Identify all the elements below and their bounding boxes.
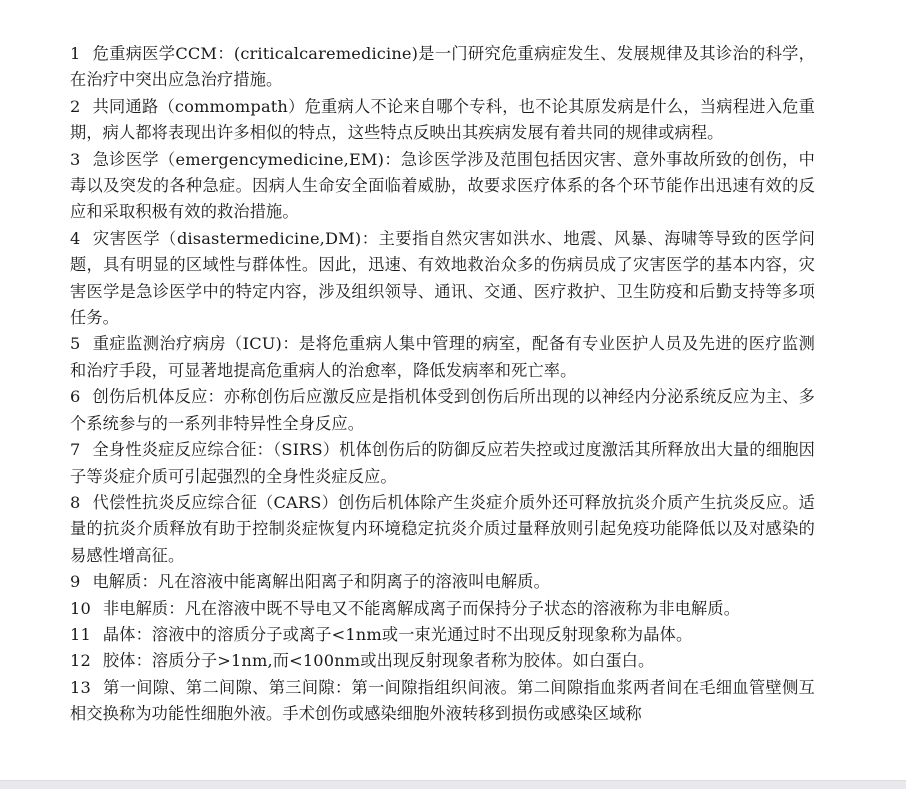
entry-text: 重症监测治疗病房（ICU)：是将危重病人集中管理的病室，配备有专业医护人员及先进…	[70, 334, 815, 379]
entry-text: 第一间隙、第二间隙、第三间隙：第一间隙指组织间液。第二间隙指血浆两者间在毛细血管…	[70, 678, 815, 723]
entry-number: 9	[70, 569, 80, 595]
entry-number: 11	[70, 622, 91, 648]
definition-entry-8: 8代偿性抗炎反应综合征（CARS）创伤后机体除产生炎症介质外还可释放抗炎介质产生…	[70, 490, 815, 569]
entry-text: 全身性炎症反应综合征：（SIRS）机体创伤后的防御反应若失控或过度激活其所释放出…	[70, 440, 815, 485]
definition-entry-1: 1危重病医学CCM：(criticalcaremedicine)是一门研究危重病…	[70, 41, 815, 94]
entry-number: 10	[70, 596, 91, 622]
entry-text: 创伤后机体反应：亦称创伤后应激反应是指机体受到创伤后所出现的以神经内分泌系统反应…	[70, 387, 815, 432]
entry-number: 7	[70, 437, 80, 463]
definition-entry-7: 7全身性炎症反应综合征：（SIRS）机体创伤后的防御反应若失控或过度激活其所释放…	[70, 437, 815, 490]
definition-entry-11: 11晶体：溶液中的溶质分子或离子<1nm或一束光通过时不出现反射现象称为晶体。	[70, 622, 815, 648]
entry-number: 8	[70, 490, 80, 516]
definition-entry-6: 6创伤后机体反应：亦称创伤后应激反应是指机体受到创伤后所出现的以神经内分泌系统反…	[70, 384, 815, 437]
entry-text: 危重病医学CCM：(criticalcaremedicine)是一门研究危重病症…	[70, 44, 815, 89]
entry-text: 共同通路（commompath）危重病人不论来自哪个专科，也不论其原发病是什么，…	[70, 97, 815, 142]
document-content: 1危重病医学CCM：(criticalcaremedicine)是一门研究危重病…	[70, 41, 815, 728]
definition-entry-5: 5重症监测治疗病房（ICU)：是将危重病人集中管理的病室，配备有专业医护人员及先…	[70, 331, 815, 384]
entry-text: 代偿性抗炎反应综合征（CARS）创伤后机体除产生炎症介质外还可释放抗炎介质产生抗…	[70, 493, 815, 565]
entry-number: 13	[70, 675, 91, 701]
definition-entry-10: 10非电解质：凡在溶液中既不导电又不能离解成离子而保持分子状态的溶液称为非电解质…	[70, 596, 815, 622]
entry-text: 胶体：溶质分子>1nm,而<100nm或出现反射现象者称为胶体。如白蛋白。	[103, 651, 654, 670]
definition-entry-13: 13第一间隙、第二间隙、第三间隙：第一间隙指组织间液。第二间隙指血浆两者间在毛细…	[70, 675, 815, 728]
definition-entry-12: 12胶体：溶质分子>1nm,而<100nm或出现反射现象者称为胶体。如白蛋白。	[70, 648, 815, 674]
entry-text: 灾害医学（disastermedicine,DM)：主要指自然灾害如洪水、地震、…	[70, 229, 815, 327]
entry-text: 急诊医学（emergencymedicine,EM)：急诊医学涉及范围包括因灾害…	[70, 150, 815, 222]
bottom-scroll-bar[interactable]	[0, 780, 906, 789]
definition-entry-2: 2共同通路（commompath）危重病人不论来自哪个专科，也不论其原发病是什么…	[70, 94, 815, 147]
definition-entry-3: 3急诊医学（emergencymedicine,EM)：急诊医学涉及范围包括因灾…	[70, 147, 815, 226]
entry-number: 5	[70, 331, 80, 357]
entry-number: 2	[70, 94, 80, 120]
entry-number: 12	[70, 648, 91, 674]
entry-text: 晶体：溶液中的溶质分子或离子<1nm或一束光通过时不出现反射现象称为晶体。	[103, 625, 692, 644]
entry-number: 6	[70, 384, 80, 410]
definition-entry-4: 4灾害医学（disastermedicine,DM)：主要指自然灾害如洪水、地震…	[70, 226, 815, 332]
entry-number: 1	[70, 41, 80, 67]
entry-text: 非电解质：凡在溶液中既不导电又不能离解成离子而保持分子状态的溶液称为非电解质。	[103, 599, 740, 618]
entry-number: 4	[70, 226, 80, 252]
definition-entry-9: 9电解质：凡在溶液中能离解出阳离子和阴离子的溶液叫电解质。	[70, 569, 815, 595]
entry-number: 3	[70, 147, 80, 173]
document-page: 1危重病医学CCM：(criticalcaremedicine)是一门研究危重病…	[0, 0, 906, 789]
entry-text: 电解质：凡在溶液中能离解出阳离子和阴离子的溶液叫电解质。	[92, 572, 549, 591]
